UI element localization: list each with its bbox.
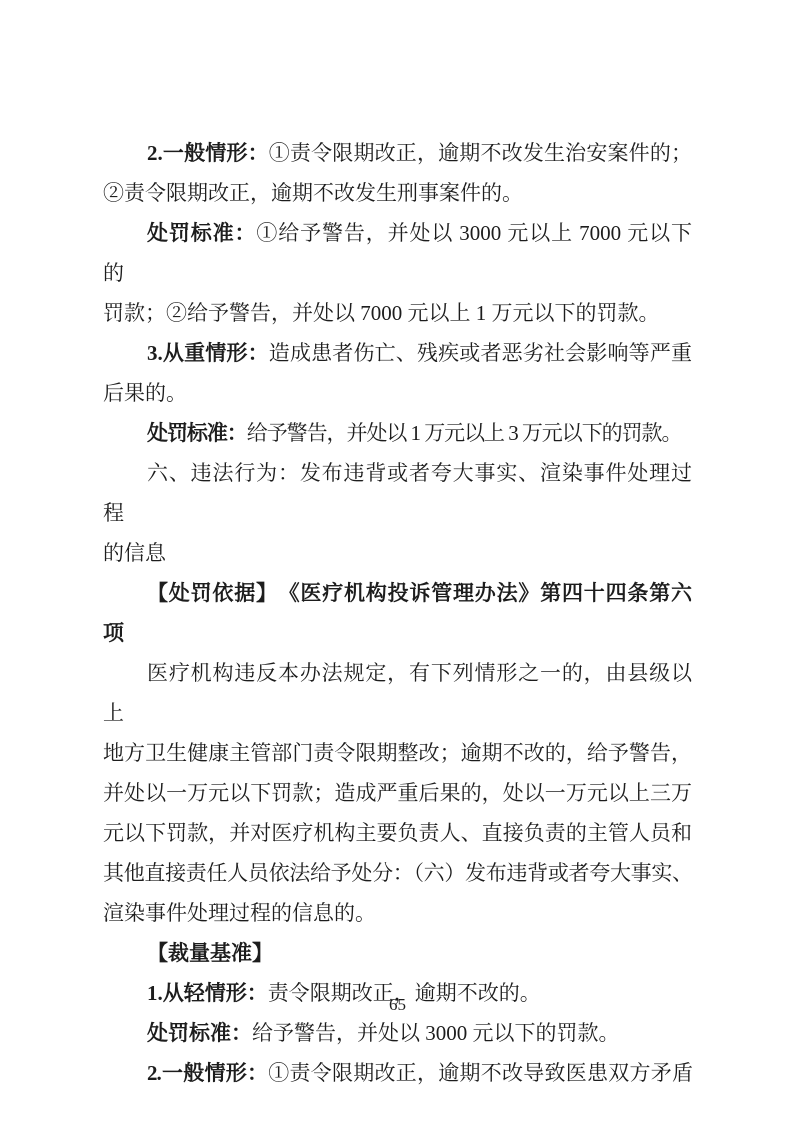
run-text: 渲染事件处理过程的信息的。 [103,901,376,925]
text-line heading-line: 【处罚依据】 《医疗机构投诉管理办法》第四十四条第六 [103,573,692,613]
run-label: 2.一般情形： [147,141,269,165]
run-label: 处罚标准： [147,1021,252,1045]
run-text: 并处以一万元以下罚款；造成严重后果的，处以一万元以上三万 [103,781,692,805]
text-line: 其他直接责任人员依法给予处分：（六）发布违背或者夸大事实、 [103,853,692,893]
text-line: ②责令限期改正，逾期不改发生刑事案件的。 [103,173,692,213]
run-label: 项 [103,621,124,645]
run-text: 后果的。 [103,381,187,405]
run-text: 六、违法行为：发布违背或者夸大事实、渲染事件处理过程 [103,461,692,525]
text-line: 地方卫生健康主管部门责令限期整改；逾期不改的，给予警告， [103,733,692,773]
run-text: 给予警告，并处以 3000 元以下的罚款。 [252,1021,620,1045]
run-text: 地方卫生健康主管部门责令限期整改；逾期不改的，给予警告， [103,741,692,765]
text-line: 罚款；②给予警告，并处以 7000 元以上 1 万元以下的罚款。 [103,293,692,333]
run-text: 元以下罚款，并对医疗机构主要负责人、直接负责的主管人员和 [103,821,692,845]
run-text: 罚款；②给予警告，并处以 7000 元以上 1 万元以下的罚款。 [103,301,660,325]
run-label: 【裁量基准】 [147,941,273,965]
run-label: 【处罚依据】 《医疗机构投诉管理办法》第四十四条第六 [147,581,692,605]
text-line: 2.一般情形：①责令限期改正，逾期不改导致医患双方矛盾 [103,1053,692,1093]
run-text: 给予警告，并处以 1 万元以上 3 万元以下的罚款。 [247,421,682,445]
text-line heading-line: 项 [103,613,692,653]
run-text: ②责令限期改正，逾期不改发生刑事案件的。 [103,181,523,205]
run-text: 的信息 [103,541,166,565]
text-line: 处罚标准：①给予警告，并处以 3000 元以上 7000 元以下的 [103,213,692,293]
run-text: 医疗机构违反本办法规定，有下列情形之一的，由县级以上 [103,661,692,725]
text-line: 后果的。 [103,373,692,413]
text-line: 渲染事件处理过程的信息的。 [103,893,692,933]
text-line: 处罚标准：给予警告，并处以 3000 元以下的罚款。 [103,1013,692,1053]
run-text: 其他直接责任人员依法给予处分：（六）发布违背或者夸大事实、 [103,861,692,885]
run-text: 造成患者伤亡、残疾或者恶劣社会影响等严重 [269,341,692,365]
run-text: ①责令限期改正，逾期不改发生治安案件的； [269,141,692,165]
run-label: 处罚标准： [147,421,247,445]
text-line: 3.从重情形：造成患者伤亡、残疾或者恶劣社会影响等严重 [103,333,692,373]
page-footer: 65 [103,993,692,1017]
document-page: 2.一般情形：①责令限期改正，逾期不改发生治安案件的； ②责令限期改正，逾期不改… [0,0,793,1122]
run-label: 处罚标准： [147,221,256,245]
text-line heading-line: 【裁量基准】 [103,933,692,973]
text-line: 处罚标准：给予警告，并处以 1 万元以上 3 万元以下的罚款。 [103,413,692,453]
run-label: 2.一般情形： [147,1061,268,1085]
text-line: 六、违法行为：发布违背或者夸大事实、渲染事件处理过程 [103,453,692,533]
text-line: 2.一般情形：①责令限期改正，逾期不改发生治安案件的； [103,133,692,173]
text-line: 的信息 [103,533,692,573]
document-body: 2.一般情形：①责令限期改正，逾期不改发生治安案件的； ②责令限期改正，逾期不改… [103,133,692,1093]
text-line: 并处以一万元以下罚款；造成严重后果的，处以一万元以上三万 [103,773,692,813]
run-text: ①责令限期改正，逾期不改导致医患双方矛盾 [268,1061,692,1085]
page-number: 65 [389,995,406,1014]
text-line: 医疗机构违反本办法规定，有下列情形之一的，由县级以上 [103,653,692,733]
text-line: 元以下罚款，并对医疗机构主要负责人、直接负责的主管人员和 [103,813,692,853]
run-label: 3.从重情形： [147,341,269,365]
